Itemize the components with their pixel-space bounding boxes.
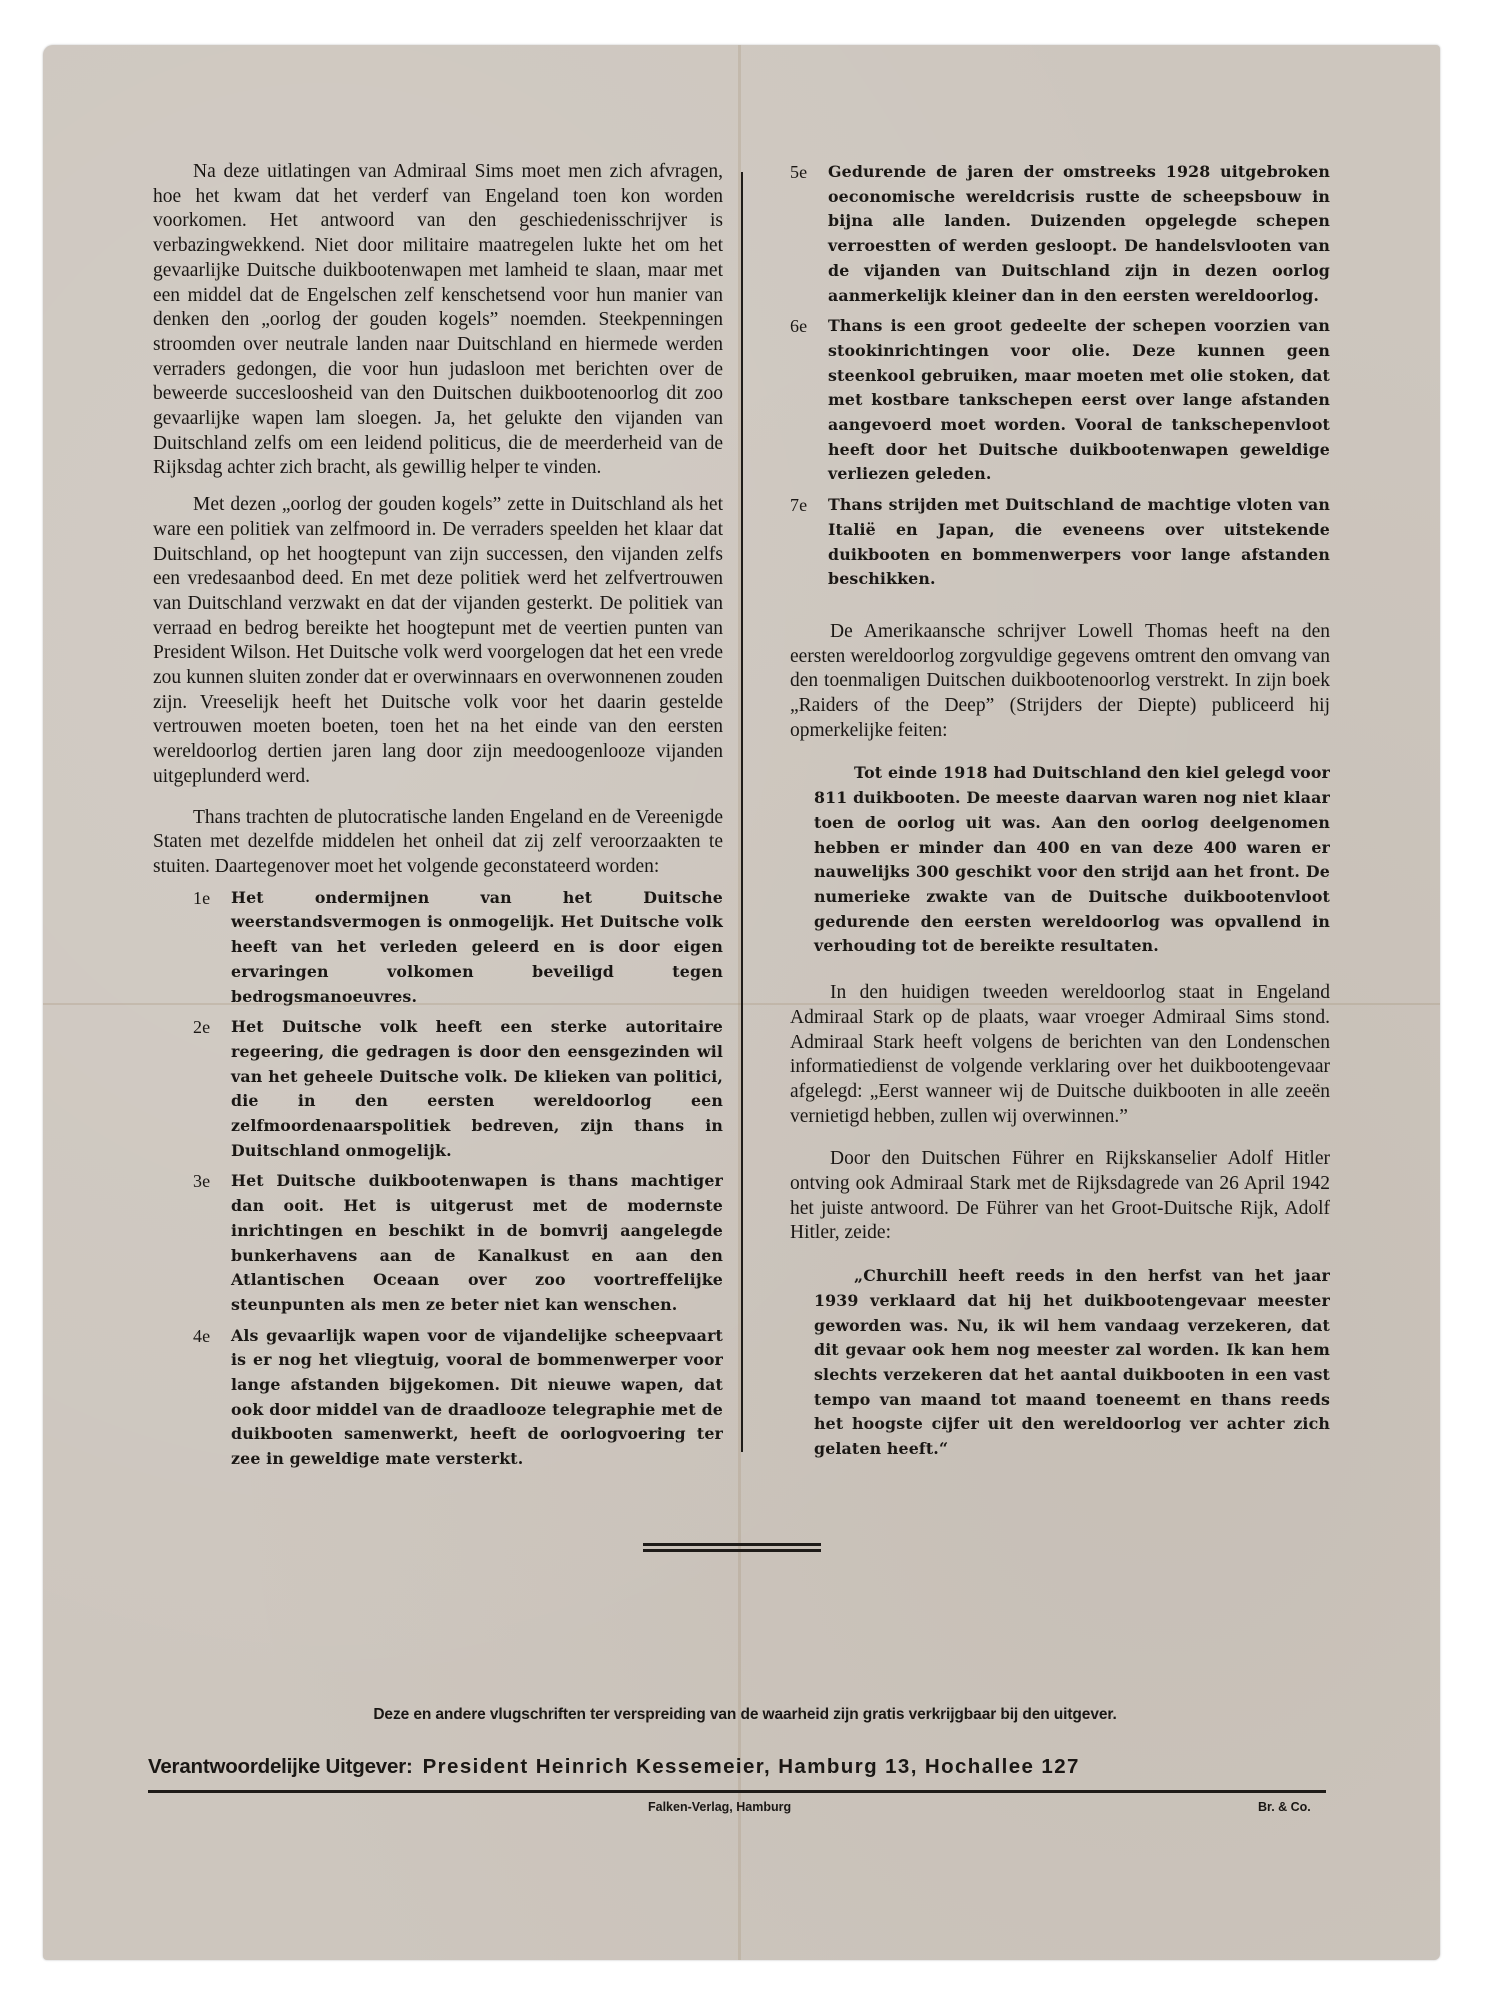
paragraph-plutocratic: Thans trachten de plutocratische landen …	[153, 806, 723, 880]
spacer	[790, 1129, 1330, 1147]
spacer	[153, 481, 723, 493]
paragraph-fuhrer-reply: Door den Duitschen Führer en Rijkskansel…	[790, 1147, 1330, 1246]
spacer	[790, 598, 1330, 620]
point-text: Als gevaarlijk wapen voor de vijandelijk…	[231, 1324, 723, 1472]
spacer	[153, 790, 723, 806]
points-list-right: 5e Gedurende de jaren der omstreeks 1928…	[790, 160, 1330, 592]
point-number: 6e	[790, 314, 828, 487]
footer-note: Deze en andere vlugschriften ter verspre…	[0, 1706, 1490, 1724]
spacer	[790, 1246, 1330, 1264]
list-item: 2e Het Duitsche volk heeft een sterke au…	[193, 1015, 723, 1163]
publisher-line: Verantwoordelijke Uitgever: President He…	[148, 1755, 1323, 1779]
point-number: 4e	[193, 1324, 231, 1472]
point-text: Thans strijden met Duitschland de machti…	[828, 493, 1330, 592]
point-number: 5e	[790, 160, 828, 308]
point-text: Gedurende de jaren der omstreeks 1928 ui…	[828, 160, 1330, 308]
publisher-value: President Heinrich Kessemeier, Hamburg 1…	[423, 1755, 1080, 1779]
printer-code: Br. & Co.	[1258, 1800, 1311, 1814]
double-rule-separator	[643, 1543, 821, 1552]
left-column: Na deze uitlatingen van Admiraal Sims mo…	[153, 160, 723, 1478]
points-list-left: 1e Het ondermijnen van het Duitsche weer…	[153, 886, 723, 1472]
point-number: 7e	[790, 493, 828, 592]
list-item: 7e Thans strijden met Duitschland de mac…	[790, 493, 1330, 592]
point-text: Het Duitsche volk heeft een sterke autor…	[231, 1015, 723, 1163]
spacer	[790, 959, 1330, 981]
paragraph-lowell-thomas: De Amerikaansche schrijver Lowell Thomas…	[790, 620, 1330, 744]
paragraph-admiral-stark: In den huidigen tweeden wereldoorlog sta…	[790, 981, 1330, 1129]
paragraph-golden-bullets: Met dezen „oorlog der gouden kogels” zet…	[153, 493, 723, 789]
list-item: 3e Het Duitsche duikbootenwapen is thans…	[193, 1169, 723, 1317]
point-text: Het ondermijnen van het Duitsche weersta…	[231, 886, 723, 1010]
list-item: 4e Als gevaarlijk wapen voor de vijandel…	[193, 1324, 723, 1472]
right-column: 5e Gedurende de jaren der omstreeks 1928…	[790, 160, 1330, 1462]
printer-imprint: Falken-Verlag, Hamburg	[648, 1800, 791, 1814]
list-item: 1e Het ondermijnen van het Duitsche weer…	[193, 886, 723, 1010]
list-item: 6e Thans is een groot gedeelte der schep…	[790, 314, 1330, 487]
point-text: Thans is een groot gedeelte der schepen …	[828, 314, 1330, 487]
point-number: 3e	[193, 1169, 231, 1317]
paragraph-sims: Na deze uitlatingen van Admiraal Sims mo…	[153, 160, 723, 481]
column-divider	[741, 172, 743, 1452]
spacer	[790, 743, 1330, 761]
publisher-label: Verantwoordelijke Uitgever:	[148, 1755, 413, 1779]
quote-raiders-of-the-deep: Tot einde 1918 had Duitschland den kiel …	[790, 761, 1330, 959]
point-number: 2e	[193, 1015, 231, 1163]
publisher-rule	[148, 1790, 1326, 1793]
point-text: Het Duitsche duikbootenwapen is thans ma…	[231, 1169, 723, 1317]
list-item: 5e Gedurende de jaren der omstreeks 1928…	[790, 160, 1330, 308]
point-number: 1e	[193, 886, 231, 1010]
quote-churchill: „Churchill heeft reeds in den herfst van…	[790, 1264, 1330, 1462]
